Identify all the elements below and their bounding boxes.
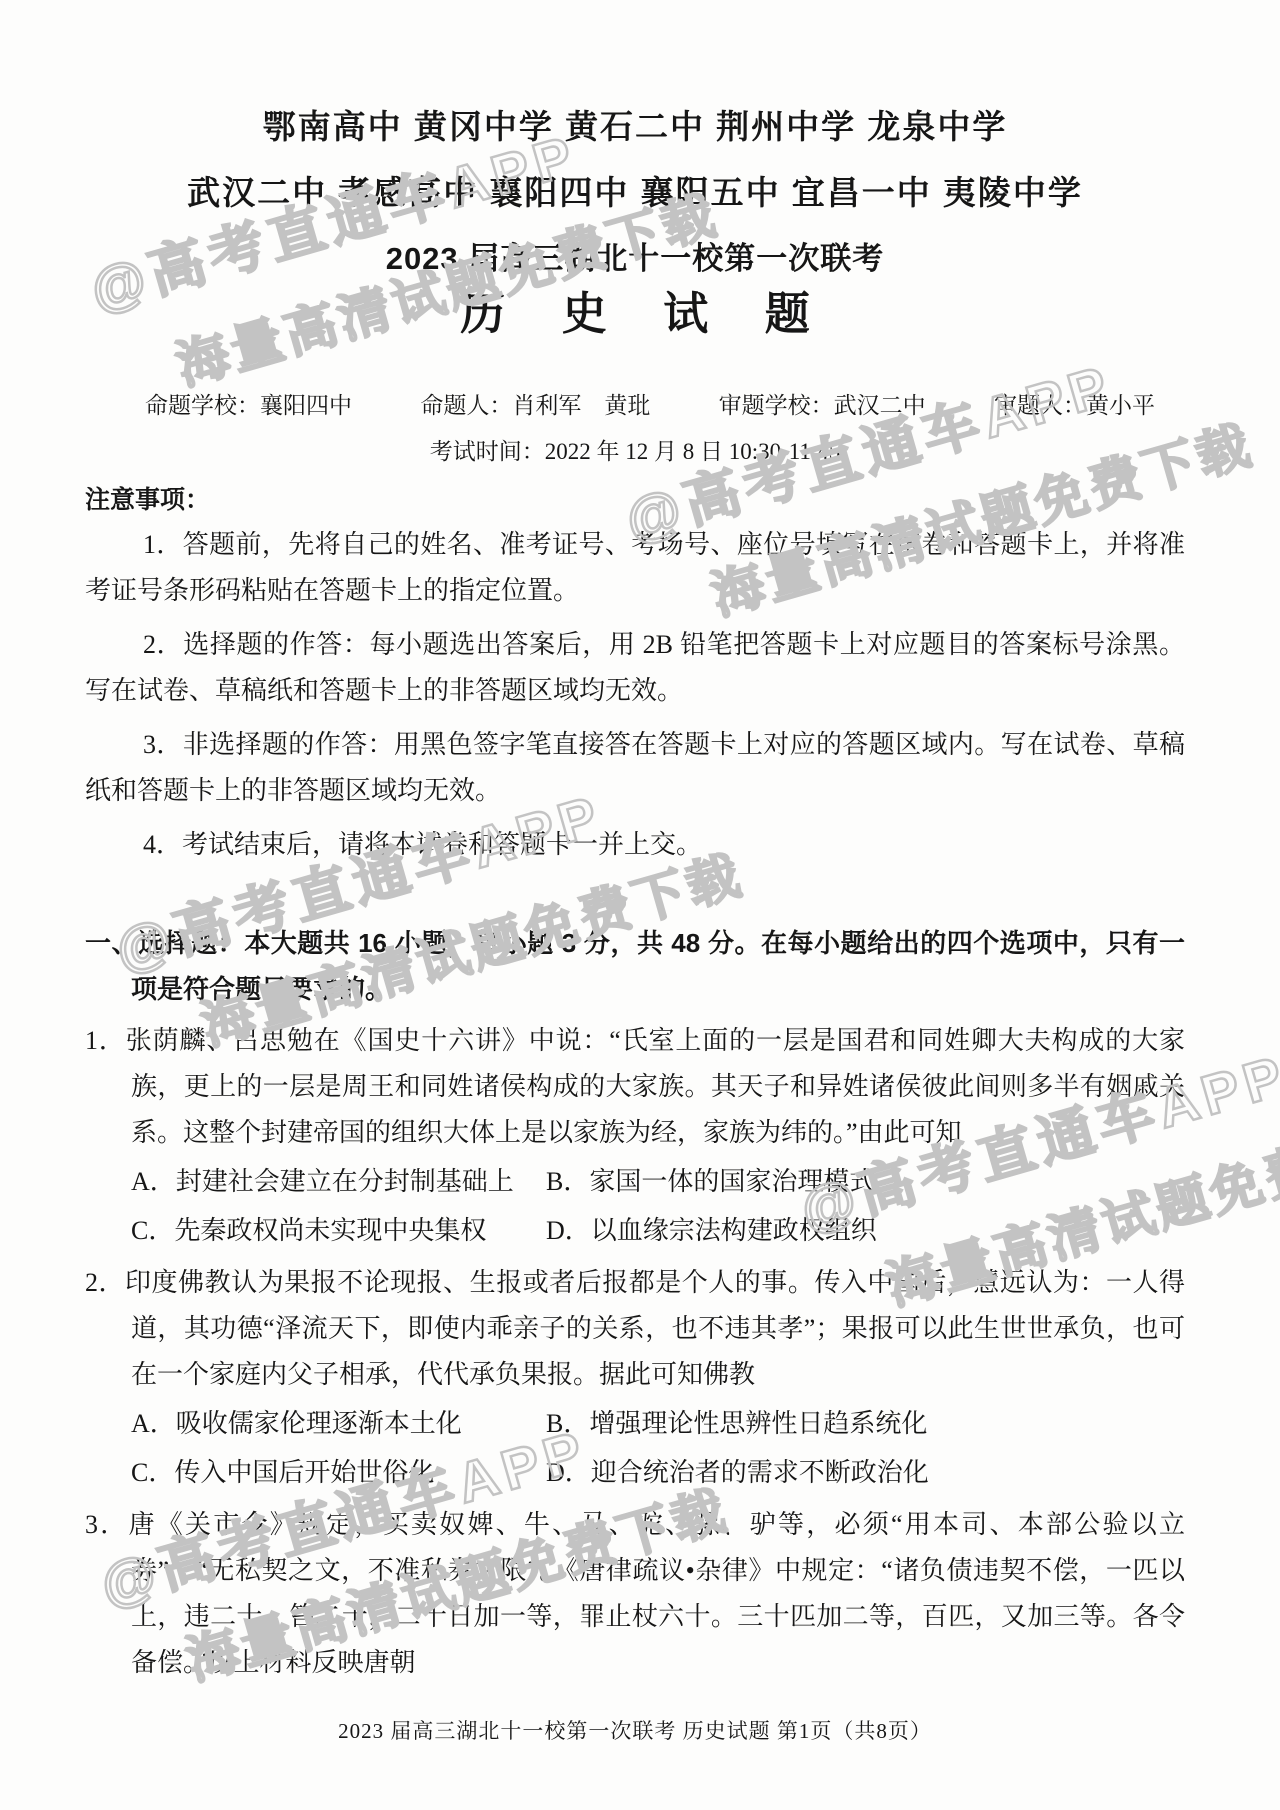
page-footer: 2023 届高三湖北十一校第一次联考 历史试题 第1页（共8页） <box>85 1718 1185 1744</box>
exam-meta-row: 命题学校：襄阳四中 命题人：肖利军 黄玭 审题学校：武汉二中 审题人：黄小平 <box>145 392 1155 420</box>
notice-item-3: 3．非选择题的作答：用黑色签字笔直接答在答题卡上对应的答题区域内。写在试卷、草稿… <box>85 722 1185 814</box>
question-2-stem: 2．印度佛教认为果报不论现报、生报或者后报都是个人的事。传入中国后，慧远认为：一… <box>85 1260 1185 1398</box>
notice-item-2: 2．选择题的作答：每小题选出答案后，用 2B 铅笔把答题卡上对应题目的答案标号涂… <box>85 622 1185 714</box>
question-1-options-row-1: A．封建社会建立在分封制基础上 B．家国一体的国家治理模式 <box>131 1159 1185 1205</box>
setter-school: 命题学校：襄阳四中 <box>145 392 352 420</box>
question-2-text: 印度佛教认为果报不论现报、生报或者后报都是个人的事。传入中国后，慧远认为：一人得… <box>125 1268 1185 1389</box>
subject-title: 历 史 试 题 <box>85 286 1185 342</box>
question-1-option-b: B．家国一体的国家治理模式 <box>546 1159 1185 1205</box>
question-3-text: 唐《关市令》规定，买卖奴婢、牛、马、驼、骡、驴等，必须“用本司、本部公验以立券”… <box>128 1510 1185 1677</box>
exam-time: 考试时间：2022 年 12 月 8 日 10:30-11:45 <box>85 438 1185 466</box>
notices-title: 注意事项： <box>85 486 1185 514</box>
exam-paper-page: @高考直通车APP 海量高清试题免费下载 @高考直通车APP 海量高清试题免费下… <box>0 0 1280 1810</box>
question-2-option-b: B．增强理论性思辨性日趋系统化 <box>546 1401 1185 1447</box>
setters: 命题人：肖利军 黄玭 <box>420 392 650 420</box>
section-heading: 一、选择题：本大题共 16 小题，每小题 3 分，共 48 分。在每小题给出的四… <box>85 920 1185 1012</box>
question-1-text: 张荫麟、吕思勉在《国史十六讲》中说：“氏室上面的一层是国君和同姓卿大夫构成的大家… <box>126 1026 1185 1147</box>
question-2-number: 2． <box>85 1268 125 1297</box>
question-2-options-row-2: C．传入中国后开始世俗化 D．迎合统治者的需求不断政治化 <box>131 1450 1185 1496</box>
question-1-options-row-2: C．先秦政权尚未实现中央集权 D．以血缘宗法构建政权组织 <box>131 1208 1185 1254</box>
question-3-stem: 3．唐《关市令》规定，买卖奴婢、牛、马、驼、骡、驴等，必须“用本司、本部公验以立… <box>85 1502 1185 1686</box>
question-1-stem: 1．张荫麟、吕思勉在《国史十六讲》中说：“氏室上面的一层是国君和同姓卿大夫构成的… <box>85 1018 1185 1156</box>
school-names-line2: 武汉二中 孝感高中 襄阳四中 襄阳五中 宜昌一中 夷陵中学 <box>85 170 1185 216</box>
question-1-option-d: D．以血缘宗法构建政权组织 <box>546 1208 1185 1254</box>
reviewer: 审题人：黄小平 <box>994 392 1155 420</box>
question-1-option-a: A．封建社会建立在分封制基础上 <box>131 1159 546 1205</box>
question-2-option-c: C．传入中国后开始世俗化 <box>131 1450 546 1496</box>
question-3-number: 3． <box>85 1510 128 1539</box>
question-1-number: 1． <box>85 1026 126 1055</box>
watermark-line1: @高考直通车APP <box>615 309 1235 557</box>
review-school: 审题学校：武汉二中 <box>719 392 926 420</box>
notice-item-1: 1．答题前，先将自己的姓名、准考证号、考场号、座位号填写在试卷和答题卡上，并将准… <box>85 522 1185 614</box>
school-names-line1: 鄂南高中 黄冈中学 黄石二中 荆州中学 龙泉中学 <box>85 104 1185 150</box>
question-2-option-a: A．吸收儒家伦理逐渐本土化 <box>131 1401 546 1447</box>
notice-item-4: 4．考试结束后，请将本试卷和答题卡一并上交。 <box>85 822 1185 868</box>
question-1-option-c: C．先秦政权尚未实现中央集权 <box>131 1208 546 1254</box>
question-2-options-row-1: A．吸收儒家伦理逐渐本土化 B．增强理论性思辨性日趋系统化 <box>131 1401 1185 1447</box>
question-2-option-d: D．迎合统治者的需求不断政治化 <box>546 1450 1185 1496</box>
exam-title: 2023 届高三湖北十一校第一次联考 <box>85 236 1185 282</box>
